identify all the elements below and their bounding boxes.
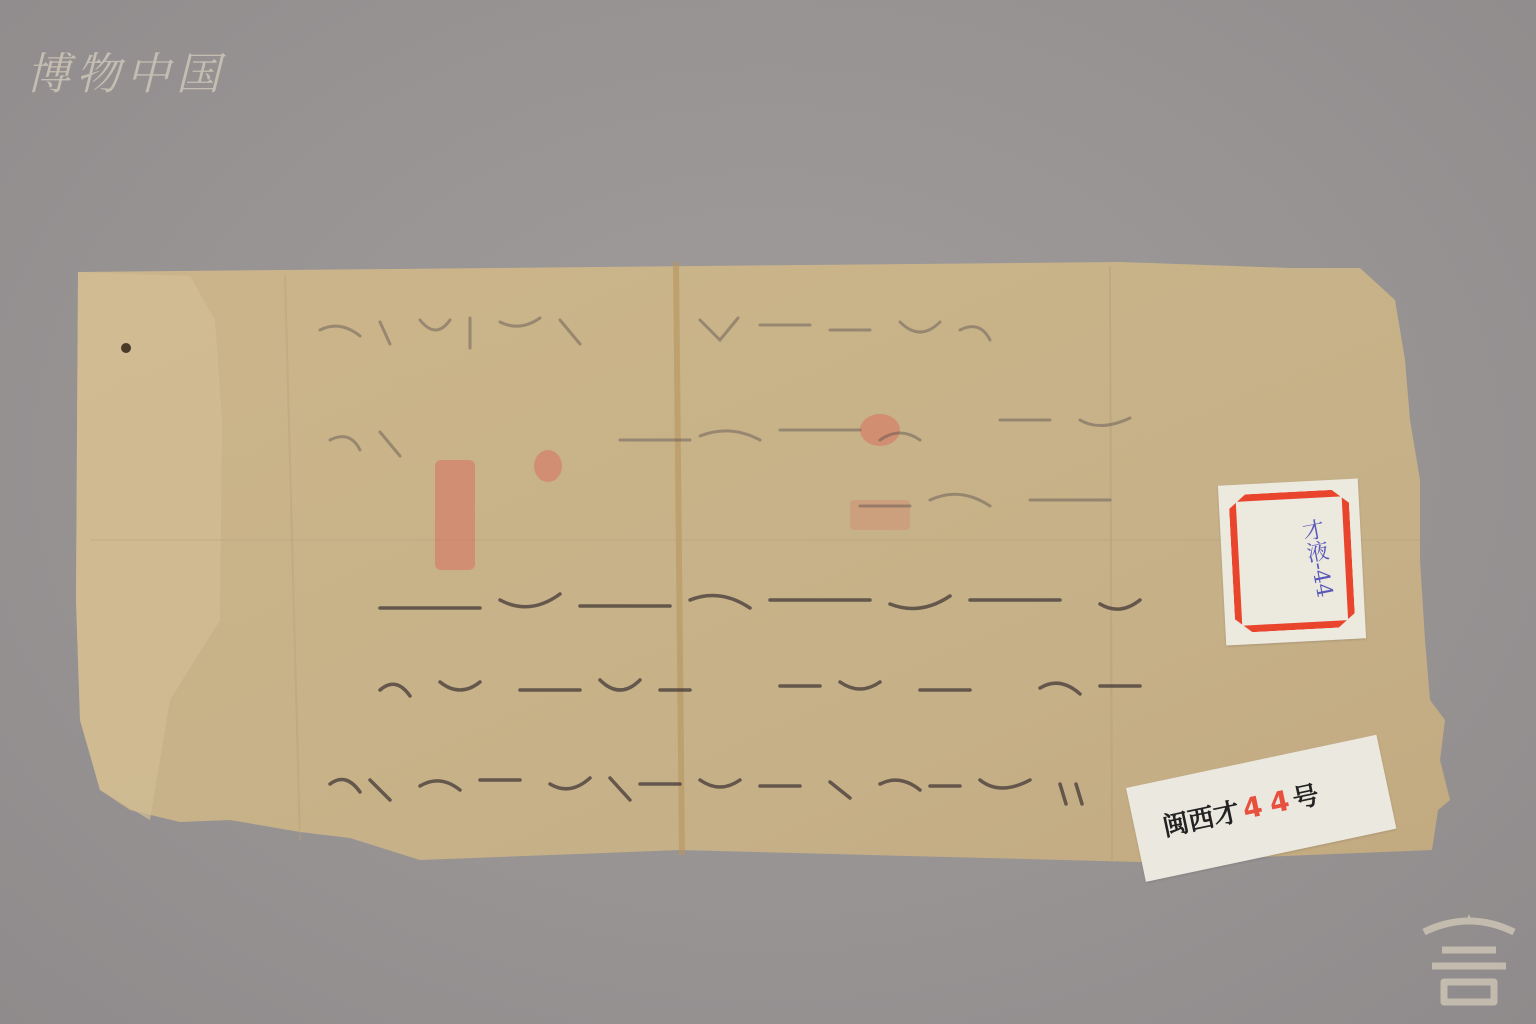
accession-number-text: 闽西才44号 xyxy=(1159,775,1322,844)
accession-suffix: 号 xyxy=(1290,780,1322,815)
accession-prefix: 闽西才 xyxy=(1160,797,1243,843)
accession-digit: 4 xyxy=(1267,784,1293,820)
accession-digit: 4 xyxy=(1240,789,1266,825)
museum-pavilion-logo-icon xyxy=(1414,910,1524,1010)
catalog-tag: 才液-44 xyxy=(1218,478,1366,645)
